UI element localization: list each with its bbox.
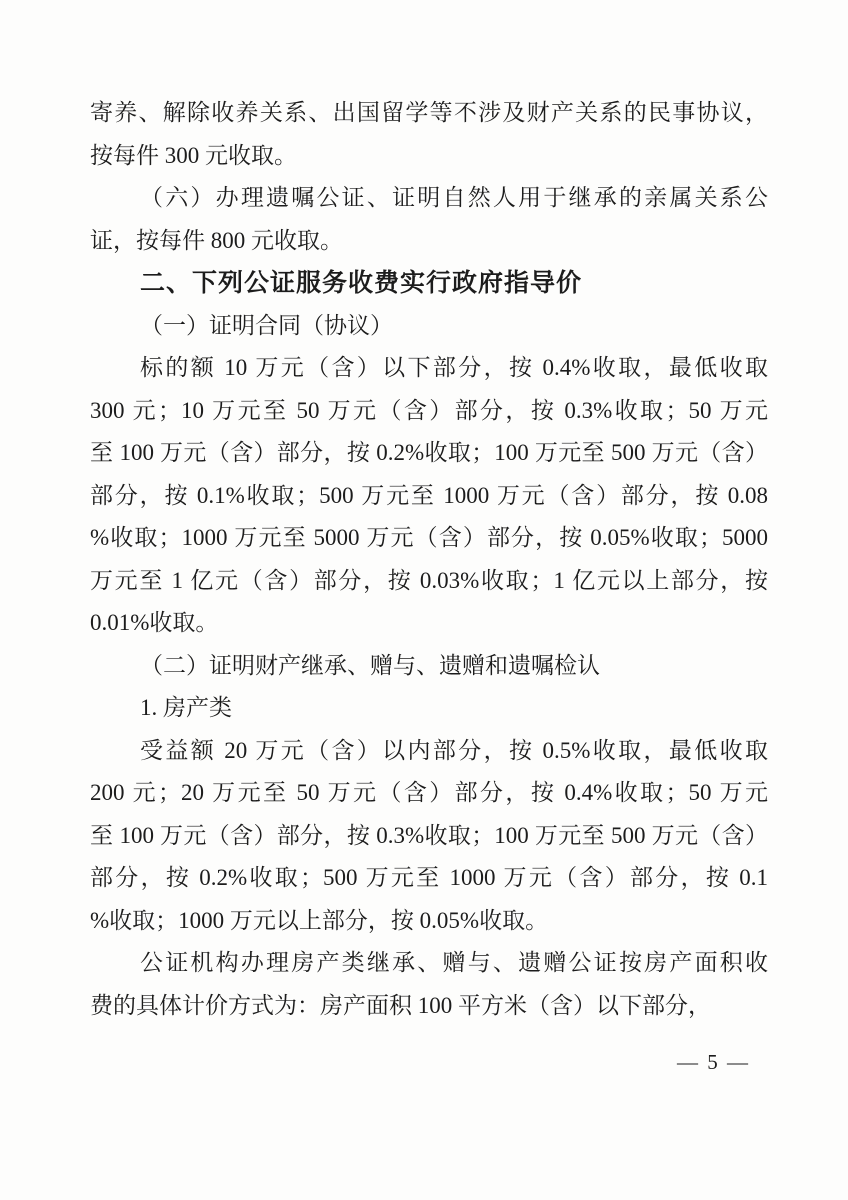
text-line: 部分，按 0.1%收取；500 万元至 1000 万元（含）部分，按 0.08 (90, 475, 768, 518)
text-line: %收取；1000 万元至 5000 万元（含）部分，按 0.05%收取；5000 (90, 517, 768, 560)
text-line: 300 元；10 万元至 50 万元（含）部分，按 0.3%收取；50 万元 (90, 390, 768, 433)
text-line: 按每件 300 元收取。 (90, 135, 768, 178)
text-line: 1. 房产类 (90, 687, 768, 730)
text-line: 公证机构办理房产类继承、赠与、遗赠公证按房产面积收 (90, 942, 768, 985)
text-line: 标的额 10 万元（含）以下部分，按 0.4%收取，最低收取 (90, 347, 768, 390)
text-line: 万元至 1 亿元（含）部分，按 0.03%收取；1 亿元以上部分，按 (90, 560, 768, 603)
text-line: （六）办理遗嘱公证、证明自然人用于继承的亲属关系公 (90, 177, 768, 220)
text-line: 费的具体计价方式为：房产面积 100 平方米（含）以下部分， (90, 985, 768, 1028)
page-number: — 5 — (677, 1050, 750, 1075)
text-line: 0.01%收取。 (90, 602, 768, 645)
text-line: 200 元；20 万元至 50 万元（含）部分，按 0.4%收取；50 万元 (90, 772, 768, 815)
scanned-document-page: 寄养、解除收养关系、出国留学等不涉及财产关系的民事协议，按每件 300 元收取。… (0, 0, 848, 1200)
text-line: 受益额 20 万元（含）以内部分，按 0.5%收取，最低收取 (90, 730, 768, 773)
document-body: 寄养、解除收养关系、出国留学等不涉及财产关系的民事协议，按每件 300 元收取。… (90, 92, 768, 1027)
text-line: 寄养、解除收养关系、出国留学等不涉及财产关系的民事协议， (90, 92, 768, 135)
text-line: 至 100 万元（含）部分，按 0.3%收取；100 万元至 500 万元（含） (90, 815, 768, 858)
text-line: 部分，按 0.2%收取；500 万元至 1000 万元（含）部分，按 0.1 (90, 857, 768, 900)
text-line: 证，按每件 800 元收取。 (90, 220, 768, 263)
section-heading-line: 二、下列公证服务收费实行政府指导价 (90, 262, 768, 305)
text-line: %收取；1000 万元以上部分，按 0.05%收取。 (90, 900, 768, 943)
text-line: 至 100 万元（含）部分，按 0.2%收取；100 万元至 500 万元（含） (90, 432, 768, 475)
text-line: （二）证明财产继承、赠与、遗赠和遗嘱检认 (90, 645, 768, 688)
text-line: （一）证明合同（协议） (90, 305, 768, 348)
